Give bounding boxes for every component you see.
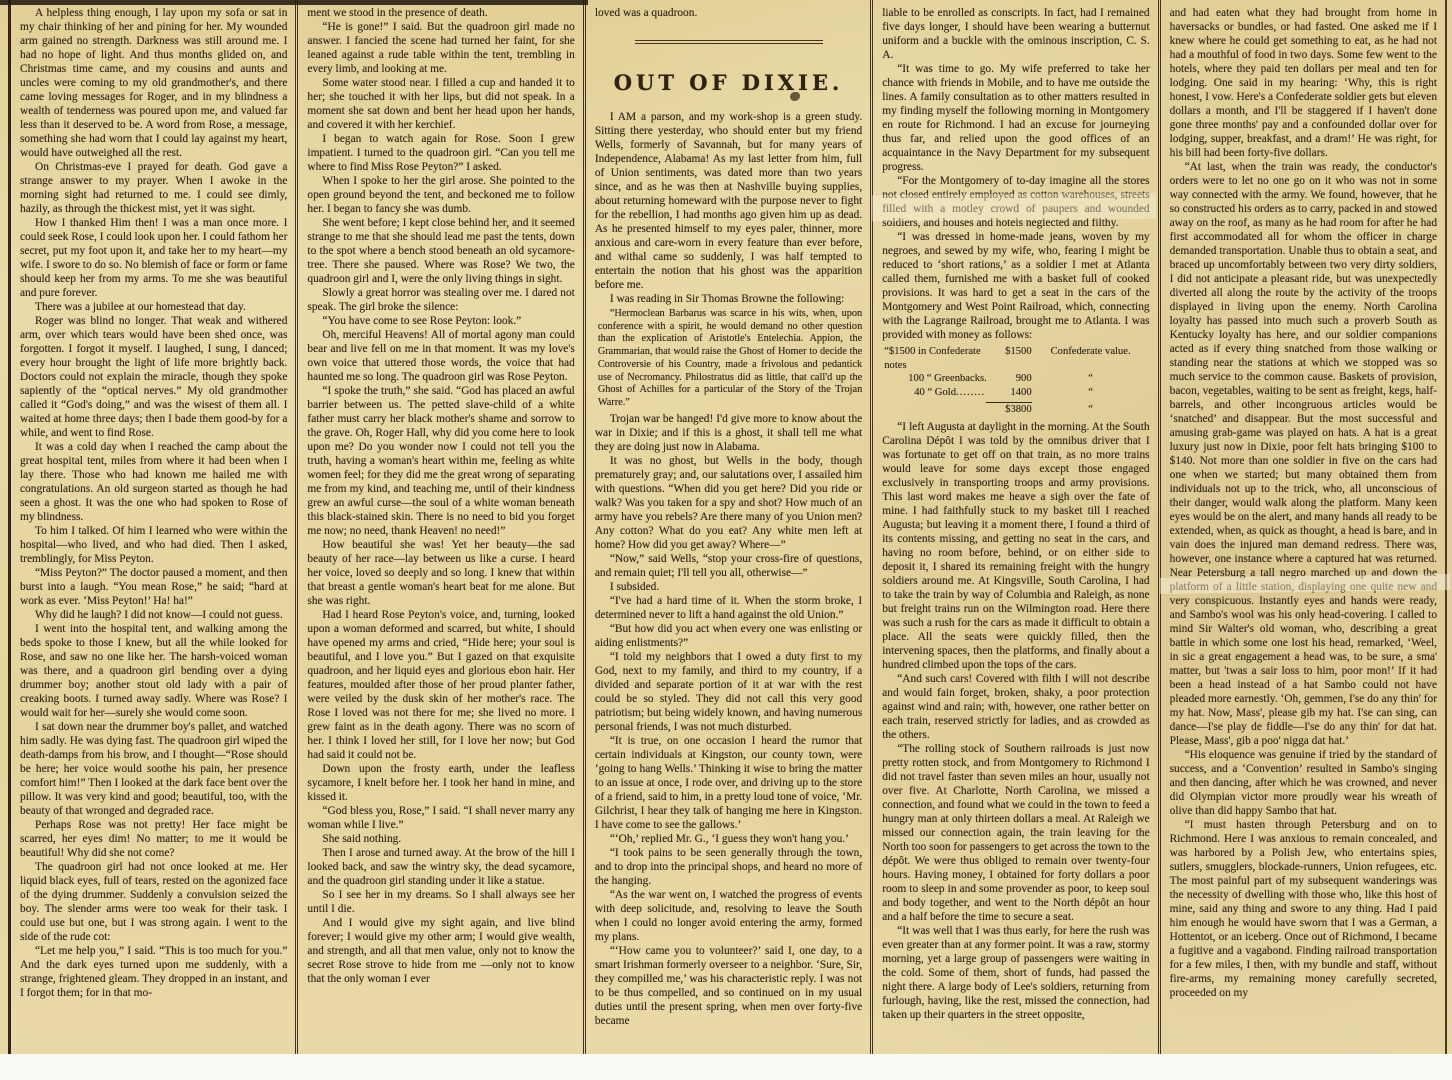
paragraph: Then I arose and turned away. At the bro…: [307, 846, 574, 888]
paragraph-continuation: and had eaten what they had brought from…: [1170, 6, 1437, 160]
paragraph: Down upon the frosty earth, under the le…: [307, 762, 574, 804]
article-headline: OUT OF DIXIE.: [595, 70, 862, 95]
paragraph: Slowly a great horror was stealing over …: [307, 286, 574, 314]
money-row-label: 40 “ Gold: [884, 386, 956, 400]
paragraph: Why did he laugh? I did not know—I could…: [20, 608, 287, 622]
paragraph: “The rolling stock of Southern railroads…: [882, 742, 1149, 924]
money-row-label: 100 “ Greenbacks: [884, 372, 984, 386]
paragraph: “It was well that I was thus early, for …: [882, 924, 1149, 1022]
paragraph: And I would give my sight again, and liv…: [307, 916, 574, 986]
paragraph: “I was dressed in home-made jeans, woven…: [882, 230, 1149, 342]
column-3: loved was a quadroon.OUT OF DIXIE.I AM a…: [583, 0, 870, 1054]
paragraph: “I must hasten through Petersburg and on…: [1170, 818, 1437, 1000]
money-table: “$1500 in Confederate notes.............…: [884, 345, 1149, 417]
paragraph: “Let me help you,” I said. “This is too …: [20, 944, 287, 1000]
paragraph: “Miss Peyton?” The doctor paused a momen…: [20, 566, 287, 608]
paragraph: How I thanked Him then! I was a man once…: [20, 216, 287, 300]
paragraph: “And such cars! Covered with filth I wil…: [882, 672, 1149, 742]
paragraph: I was reading in Sir Thomas Browne the f…: [595, 292, 862, 306]
paragraph: Oh, merciful Heavens! All of mortal agon…: [307, 328, 574, 384]
money-table-row: “$1500 in Confederate notes.............…: [884, 345, 1149, 372]
dot-leader: ........................................…: [956, 386, 986, 400]
money-row-value: $1500: [986, 345, 1032, 359]
money-row-note: Confederate value.: [1032, 345, 1150, 359]
paragraph: “I told my neighbors that I owed a duty …: [595, 650, 862, 734]
paragraph: Roger was blind no longer. That weak and…: [20, 314, 287, 440]
money-row-value: $3800: [986, 402, 1032, 417]
money-table-row: 40 “ Gold...............................…: [884, 386, 1149, 400]
paper-tear-artifact: [872, 193, 1156, 221]
column-5: and had eaten what they had brought from…: [1158, 0, 1445, 1054]
headline-divider-rule: [635, 40, 823, 44]
block-quote: “Hermoclean Barbarus was scarce in his w…: [595, 306, 862, 412]
money-row-note: “: [1032, 386, 1150, 400]
paragraph: “I took pains to be seen generally throu…: [595, 846, 862, 888]
paragraph: She went before; I kept close behind her…: [307, 216, 574, 286]
paragraph: Trojan war be hanged! I'd give more to k…: [595, 412, 862, 454]
paragraph: “As the war went on, I watched the progr…: [595, 888, 862, 944]
paragraph: Had I heard Rose Peyton's voice, and, tu…: [307, 608, 574, 762]
paragraph: A helpless thing enough, I lay upon my s…: [20, 6, 287, 160]
paragraph: Perhaps Rose was not pretty! Her face mi…: [20, 818, 287, 860]
paragraph: I subsided.: [595, 580, 862, 594]
money-row-value: 1400: [986, 386, 1032, 400]
paragraph: I began to watch again for Rose. Soon I …: [307, 132, 574, 174]
money-table-total-row: $3800“: [884, 402, 1149, 417]
paragraph: I sat down near the drummer boy's pallet…: [20, 720, 287, 818]
paragraph: “I spoke the truth,” she said. “God has …: [307, 384, 574, 538]
paragraph: I went into the hospital tent, and walki…: [20, 622, 287, 720]
paragraph: So I see her in my dreams. So I shall al…: [307, 888, 574, 916]
money-row-value: 900: [986, 372, 1032, 386]
column-2: ment we stood in the presence of death.“…: [295, 0, 582, 1054]
columns-container: A helpless thing enough, I lay upon my s…: [8, 0, 1447, 1054]
newspaper-scan: A helpless thing enough, I lay upon my s…: [0, 0, 1452, 1080]
paragraph: The quadroon girl had not once looked at…: [20, 860, 287, 944]
paragraph: “I've had a hard time of it. When the st…: [595, 594, 862, 622]
paragraph: When I spoke to her the girl arose. She …: [307, 174, 574, 216]
paragraph: “‘How came you to volunteer?’ said I, on…: [595, 944, 862, 1028]
paragraph: To him I talked. Of him I learned who we…: [20, 524, 287, 566]
paragraph: “At last, when the train was ready, the …: [1170, 160, 1437, 748]
money-row-note: “: [1032, 403, 1150, 417]
column-4: liable to be enrolled as conscripts. In …: [870, 0, 1157, 1054]
paragraph: “God bless you, Rose,” I said. “I shall …: [307, 804, 574, 832]
paragraph: “His eloquence was genuine if tried by t…: [1170, 748, 1437, 818]
paragraph: It was no ghost, but Wells in the body, …: [595, 454, 862, 552]
money-table-row: 100 “ Greenbacks........................…: [884, 372, 1149, 386]
paragraph-continuation: loved was a quadroon.: [595, 6, 862, 20]
money-row-note: “: [1032, 372, 1150, 386]
paragraph: “He is gone!” I said. But the quadroon g…: [307, 20, 574, 76]
paragraph: It was a cold day when I reached the cam…: [20, 440, 287, 524]
paragraph: There was a jubilee at our homestead tha…: [20, 300, 287, 314]
paragraph: “But how did you act when every one was …: [595, 622, 862, 650]
scan-background-strip: [0, 1054, 1452, 1080]
paragraph: “Now,” said Wells, “stop your cross-fire…: [595, 552, 862, 580]
paragraph: She said nothing.: [307, 832, 574, 846]
paragraph: “You have come to see Rose Peyton: look.…: [307, 314, 574, 328]
paragraph: “I left Augusta at daylight in the morni…: [882, 420, 1149, 672]
newspaper-page: A helpless thing enough, I lay upon my s…: [0, 0, 1452, 1054]
paragraph: I AM a parson, and my work-shop is a gre…: [595, 110, 862, 292]
paragraph-continuation: liable to be enrolled as conscripts. In …: [882, 6, 1149, 62]
scan-edge-artifact: [0, 0, 588, 5]
paragraph: “It was time to go. My wife preferred to…: [882, 62, 1149, 174]
money-row-label: “$1500 in Confederate notes: [884, 345, 985, 372]
paragraph: On Christmas-eve I prayed for death. God…: [20, 160, 287, 216]
paragraph: How beautiful she was! Yet her beauty—th…: [307, 538, 574, 608]
paragraph-continuation: ment we stood in the presence of death.: [307, 6, 574, 20]
column-1: A helpless thing enough, I lay upon my s…: [11, 0, 295, 1054]
paragraph: “It is true, on one occasion I heard the…: [595, 734, 862, 832]
paragraph: “‘Oh,’ replied Mr. G., ‘I guess they won…: [595, 832, 862, 846]
paragraph: Some water stood near. I filled a cup an…: [307, 76, 574, 132]
